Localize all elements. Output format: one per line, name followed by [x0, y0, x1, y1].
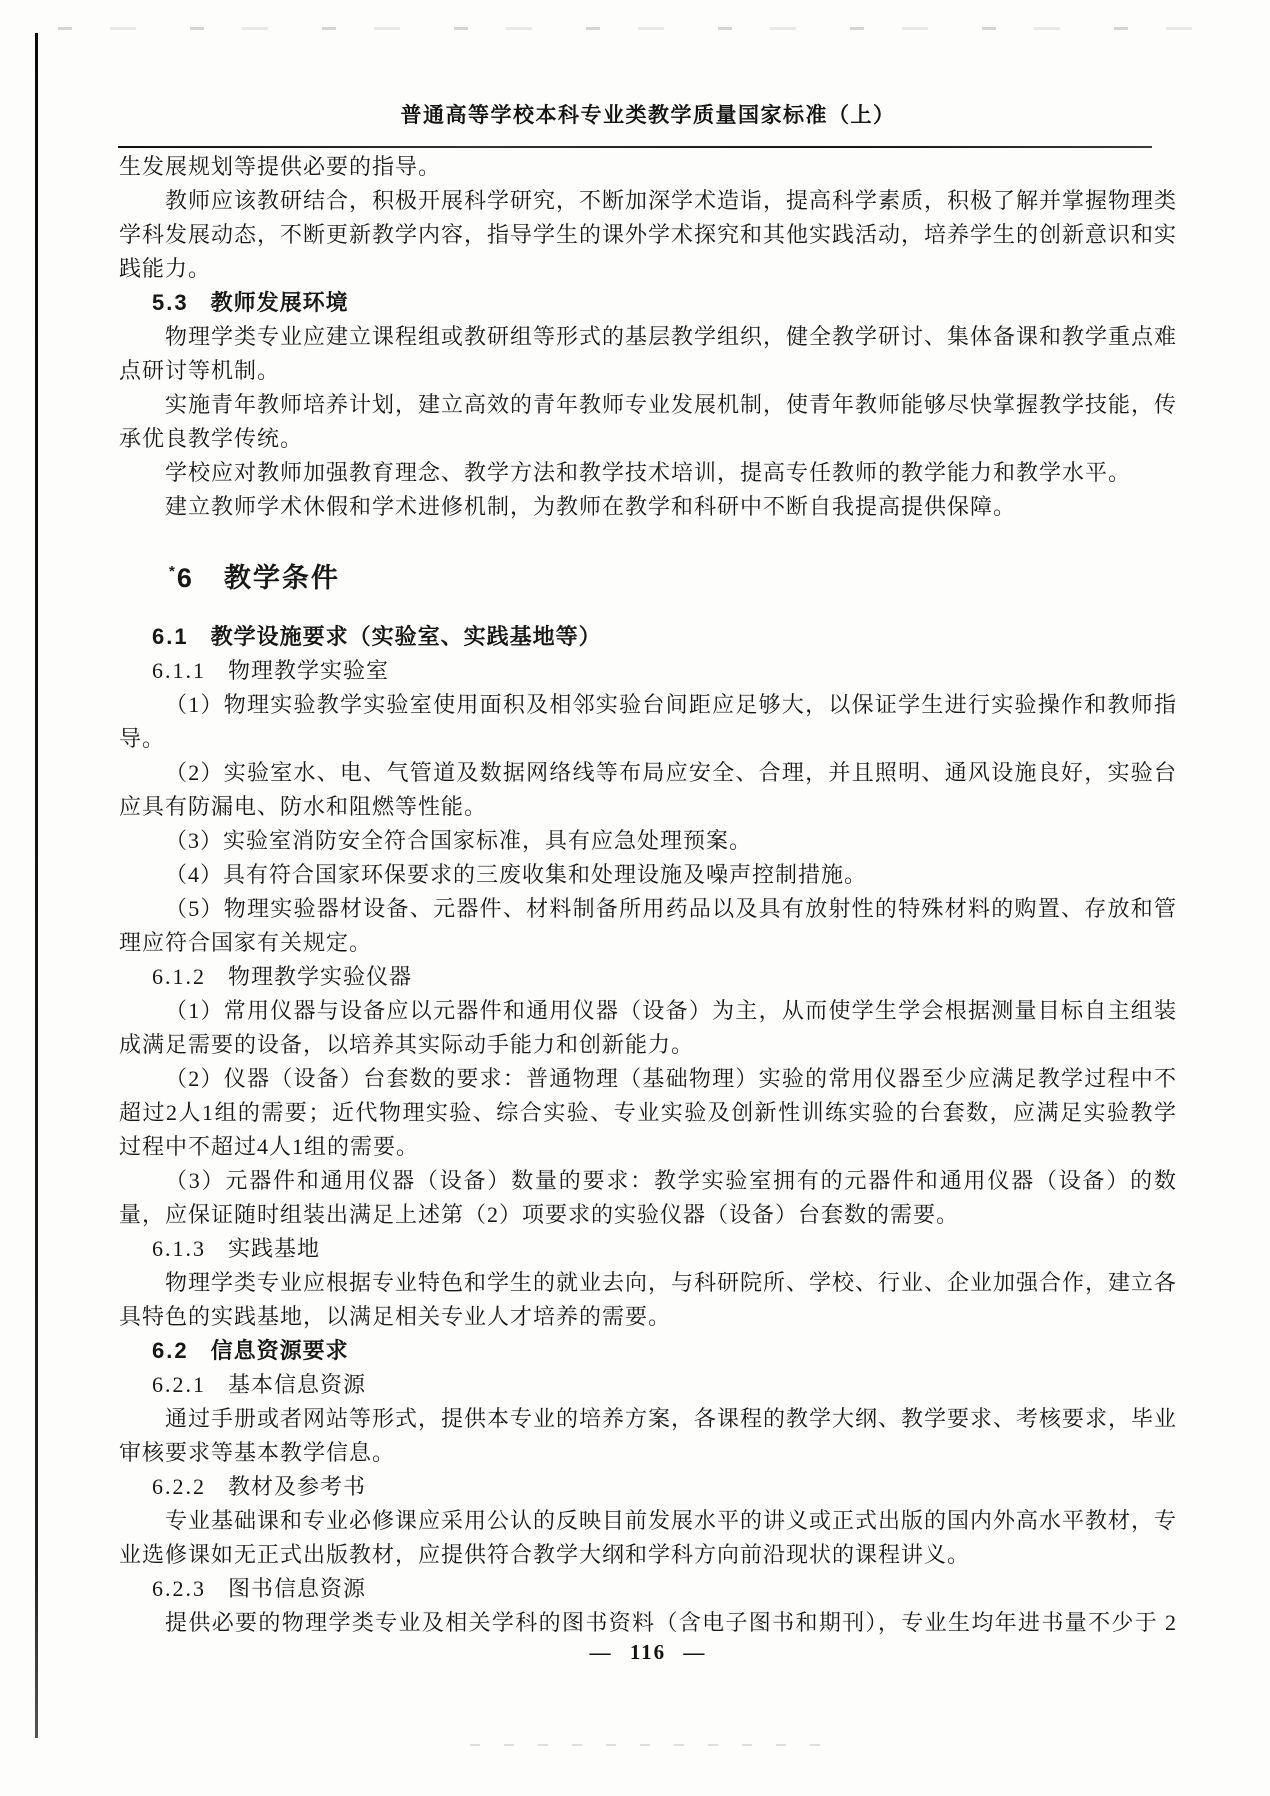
paragraph: 生发展规划等提供必要的指导。	[119, 150, 1177, 184]
heading-label: 教材及参考书	[228, 1474, 366, 1499]
paragraph: 建立教师学术休假和学术进修机制，为教师在教学和科研中不断自我提高提供保障。	[119, 490, 1177, 524]
scan-noise-bottom	[470, 1744, 840, 1746]
heading-label: 教学条件	[224, 563, 340, 593]
heading-number: 5.3	[152, 290, 189, 315]
heading-label: 信息资源要求	[211, 1338, 349, 1363]
heading-number: 6.2	[152, 1338, 189, 1363]
heading-number: 6.1.2	[152, 964, 206, 989]
paragraph: （2）实验室水、电、气管道及数据网络线等布局应安全、合理，并且照明、通风设施良好…	[119, 756, 1177, 824]
heading: 6.1.2物理教学实验仪器	[119, 960, 1177, 994]
heading-label: 基本信息资源	[228, 1372, 366, 1397]
paragraph: 物理学类专业应建立课程组或教研组等形式的基层教学组织，健全教学研讨、集体备课和教…	[119, 320, 1177, 388]
heading-number: 6.1.1	[152, 658, 206, 683]
paragraph: 专业基础课和专业必修课应采用公认的反映目前发展水平的讲义或正式出版的国内外高水平…	[119, 1504, 1177, 1572]
heading-label: 教学设施要求（实验室、实践基地等）	[211, 624, 602, 649]
paragraph: 学校应对教师加强教育理念、教学方法和教学技术培训，提高专任教师的教学能力和教学水…	[119, 456, 1177, 490]
paragraph: 通过手册或者网站等形式，提供本专业的培养方案，各课程的教学大纲、教学要求、考核要…	[119, 1402, 1177, 1470]
heading-number: 6.1	[152, 624, 189, 649]
paragraph: （3）实验室消防安全符合国家标准，具有应急处理预案。	[119, 824, 1177, 858]
footnote-asterisk: *	[169, 563, 175, 580]
heading-number: 6	[177, 563, 194, 593]
heading-number: 6.2.1	[152, 1372, 206, 1397]
paragraph: （2）仪器（设备）台套数的要求：普通物理（基础物理）实验的常用仪器至少应满足教学…	[119, 1062, 1177, 1164]
heading: 6.1.1物理教学实验室	[119, 654, 1177, 688]
paragraph: （4）具有符合国家环保要求的三废收集和处理设施及噪声控制措施。	[119, 858, 1177, 892]
scan-edge-line	[35, 33, 38, 1738]
paragraph: 提供必要的物理学类专业及相关学科的图书资料（含电子图书和期刊），专业生均年进书量…	[119, 1606, 1177, 1640]
document-body: 生发展规划等提供必要的指导。教师应该教研结合，积极开展科学研究，不断加深学术造诣…	[119, 150, 1177, 1640]
heading-number: 6.1.3	[152, 1236, 206, 1261]
heading: 6.2信息资源要求	[119, 1334, 1177, 1368]
heading: 5.3教师发展环境	[119, 286, 1177, 320]
heading-label: 实践基地	[228, 1236, 320, 1261]
heading-label: 图书信息资源	[228, 1576, 366, 1601]
heading-number: 6.2.2	[152, 1474, 206, 1499]
paragraph: （3）元器件和通用仪器（设备）数量的要求：教学实验室拥有的元器件和通用仪器（设备…	[119, 1164, 1177, 1232]
header-title: 普通高等学校本科专业类教学质量国家标准（上）	[119, 99, 1177, 129]
paragraph: 实施青年教师培养计划，建立高效的青年教师专业发展机制，使青年教师能够尽快掌握教学…	[119, 388, 1177, 456]
heading: 6.2.3图书信息资源	[119, 1572, 1177, 1606]
heading: *6教学条件	[119, 552, 1177, 598]
heading-label: 物理教学实验仪器	[228, 964, 412, 989]
page-footer: — 116 —	[119, 1640, 1177, 1665]
page: 普通高等学校本科专业类教学质量国家标准（上） 生发展规划等提供必要的指导。教师应…	[0, 0, 1270, 1796]
heading: 6.2.1基本信息资源	[119, 1368, 1177, 1402]
heading: 6.2.2教材及参考书	[119, 1470, 1177, 1504]
heading: 6.1教学设施要求（实验室、实践基地等）	[119, 620, 1177, 654]
paragraph: （5）物理实验器材设备、元器件、材料制备所用药品以及具有放射性的特殊材料的购置、…	[119, 892, 1177, 960]
scan-noise-top	[58, 27, 1228, 30]
heading-label: 教师发展环境	[211, 290, 349, 315]
heading-number: 6.2.3	[152, 1576, 206, 1601]
paragraph: 物理学类专业应根据专业特色和学生的就业去向，与科研院所、学校、行业、企业加强合作…	[119, 1266, 1177, 1334]
header-rule	[118, 146, 1152, 148]
paragraph: （1）物理实验教学实验室使用面积及相邻实验台间距应足够大，以保证学生进行实验操作…	[119, 688, 1177, 756]
heading-label: 物理教学实验室	[228, 658, 389, 683]
heading: 6.1.3实践基地	[119, 1232, 1177, 1266]
paragraph: （1）常用仪器与设备应以元器件和通用仪器（设备）为主，从而使学生学会根据测量目标…	[119, 994, 1177, 1062]
page-number: — 116 —	[590, 1640, 707, 1664]
paragraph: 教师应该教研结合，积极开展科学研究，不断加深学术造诣，提高科学素质，积极了解并掌…	[119, 184, 1177, 286]
